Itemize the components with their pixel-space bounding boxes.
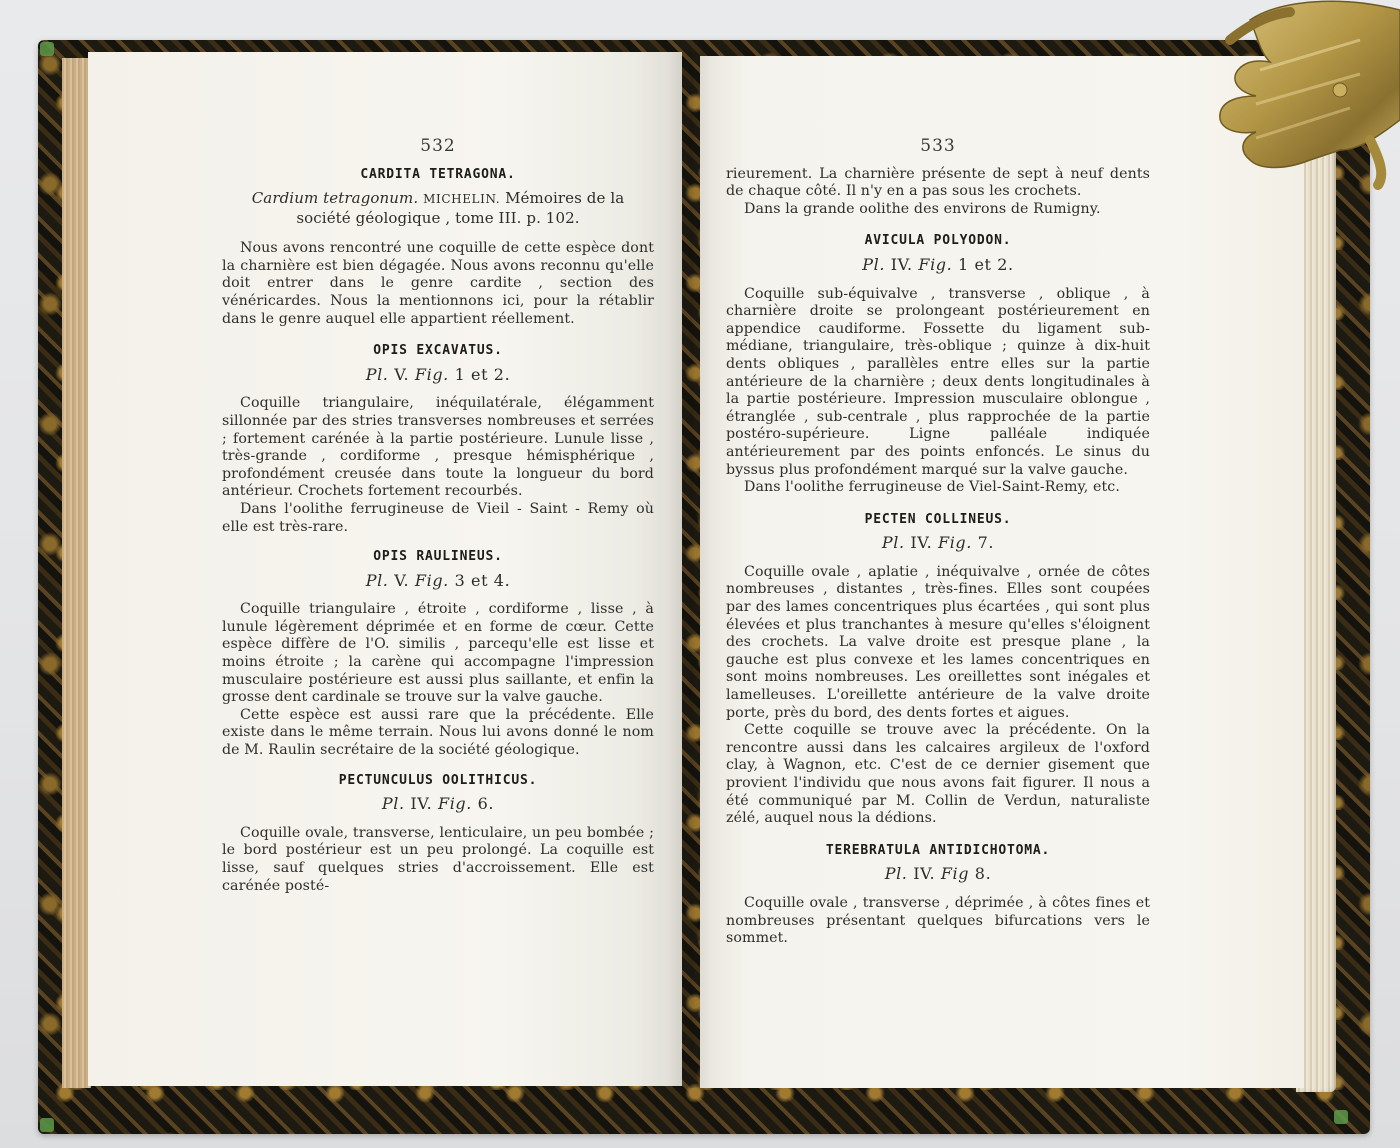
brass-hand-paperweight-icon — [1190, 0, 1400, 190]
plate-reference: Pl. IV. Fig. 6. — [222, 795, 654, 813]
plate-reference: Pl. IV. Fig. 7. — [726, 534, 1150, 552]
paragraph: Dans l'oolithe ferrugineuse de Viel-Sain… — [726, 479, 1150, 497]
plate-reference: Pl. V. Fig. 1 et 2. — [222, 366, 654, 384]
left-page-text: 532 CARDITA TETRAGONA. Cardium tetragonu… — [222, 138, 654, 895]
page-block-edge-left — [62, 58, 91, 1088]
species-heading: AVICULA POLYODON. — [726, 232, 1150, 250]
plate-label: Pl. — [862, 255, 885, 274]
figure-label: Fig. — [415, 365, 449, 384]
right-page-text: 533 rieurement. La charnière présente de… — [726, 138, 1150, 948]
paragraph: Coquille ovale , aplatie , inéquivalve ,… — [726, 564, 1150, 722]
species-heading: PECTUNCULUS OOLITHICUS. — [222, 772, 654, 790]
paragraph: Coquille ovale , transverse , déprimée ,… — [726, 895, 1150, 948]
plate-label: Pl. — [366, 365, 389, 384]
plate-number: IV. — [410, 794, 432, 813]
species-heading: OPIS EXCAVATUS. — [222, 342, 654, 360]
paragraph: Nous avons rencontré une coquille de cet… — [222, 240, 654, 328]
plate-label: Pl. — [382, 794, 405, 813]
paragraph: Cette coquille se trouve avec la précéde… — [726, 722, 1150, 828]
figure-numbers: 8. — [975, 864, 991, 883]
plate-label: Pl. — [882, 533, 905, 552]
figure-numbers: 1 et 2. — [455, 365, 511, 384]
figure-label: Fig. — [415, 571, 449, 590]
species-heading: OPIS RAULINEUS. — [222, 548, 654, 566]
board-corner-tip — [40, 1118, 54, 1132]
board-corner-tip — [40, 42, 54, 56]
plate-label: Pl. — [366, 571, 389, 590]
board-corner-tip — [1334, 1110, 1348, 1124]
page-number: 532 — [222, 138, 654, 156]
paragraph: Cette espèce est aussi rare que la précé… — [222, 707, 654, 760]
reference-author: MICHELIN. — [423, 192, 500, 206]
paragraph: Coquille sub-équivalve , transverse , ob… — [726, 286, 1150, 480]
paragraph: Dans la grande oolithe des environs de R… — [726, 201, 1150, 219]
plate-number: V. — [394, 571, 409, 590]
figure-numbers: 7. — [978, 533, 994, 552]
reference-synonym: Cardium tetragonum. — [252, 189, 419, 207]
figure-label: Fig. — [438, 794, 472, 813]
species-heading: PECTEN COLLINEUS. — [726, 511, 1150, 529]
species-heading: TEREBRATULA ANTIDICHOTOMA. — [726, 842, 1150, 860]
plate-number: V. — [394, 365, 409, 384]
species-heading: CARDITA TETRAGONA. — [222, 166, 654, 184]
plate-reference: Pl. IV. Fig. 1 et 2. — [726, 256, 1150, 274]
plate-number: IV. — [891, 255, 913, 274]
plate-number: IV. — [910, 533, 932, 552]
paragraph-continuation: rieurement. La charnière présente de sep… — [726, 166, 1150, 201]
figure-label: Fig. — [918, 255, 952, 274]
figure-numbers: 3 et 4. — [455, 571, 511, 590]
plate-reference: Pl. IV. Fig 8. — [726, 865, 1150, 883]
figure-numbers: 6. — [478, 794, 494, 813]
paragraph: Coquille triangulaire , étroite , cordif… — [222, 601, 654, 707]
paragraph: Coquille triangulaire, inéquilatérale, é… — [222, 395, 654, 501]
figure-label: Fig. — [938, 533, 972, 552]
plate-reference: Pl. V. Fig. 3 et 4. — [222, 572, 654, 590]
figure-numbers: 1 et 2. — [958, 255, 1014, 274]
plate-label: Pl. — [885, 864, 908, 883]
paragraph: Dans l'oolithe ferrugineuse de Vieil - S… — [222, 501, 654, 536]
figure-label: Fig — [941, 864, 969, 883]
plate-number: IV. — [913, 864, 935, 883]
paragraph: Coquille ovale, transverse, lenticulaire… — [222, 825, 654, 895]
bibliographic-reference: Cardium tetragonum. MICHELIN. Mémoires d… — [238, 189, 638, 228]
page-number: 533 — [726, 138, 1150, 156]
